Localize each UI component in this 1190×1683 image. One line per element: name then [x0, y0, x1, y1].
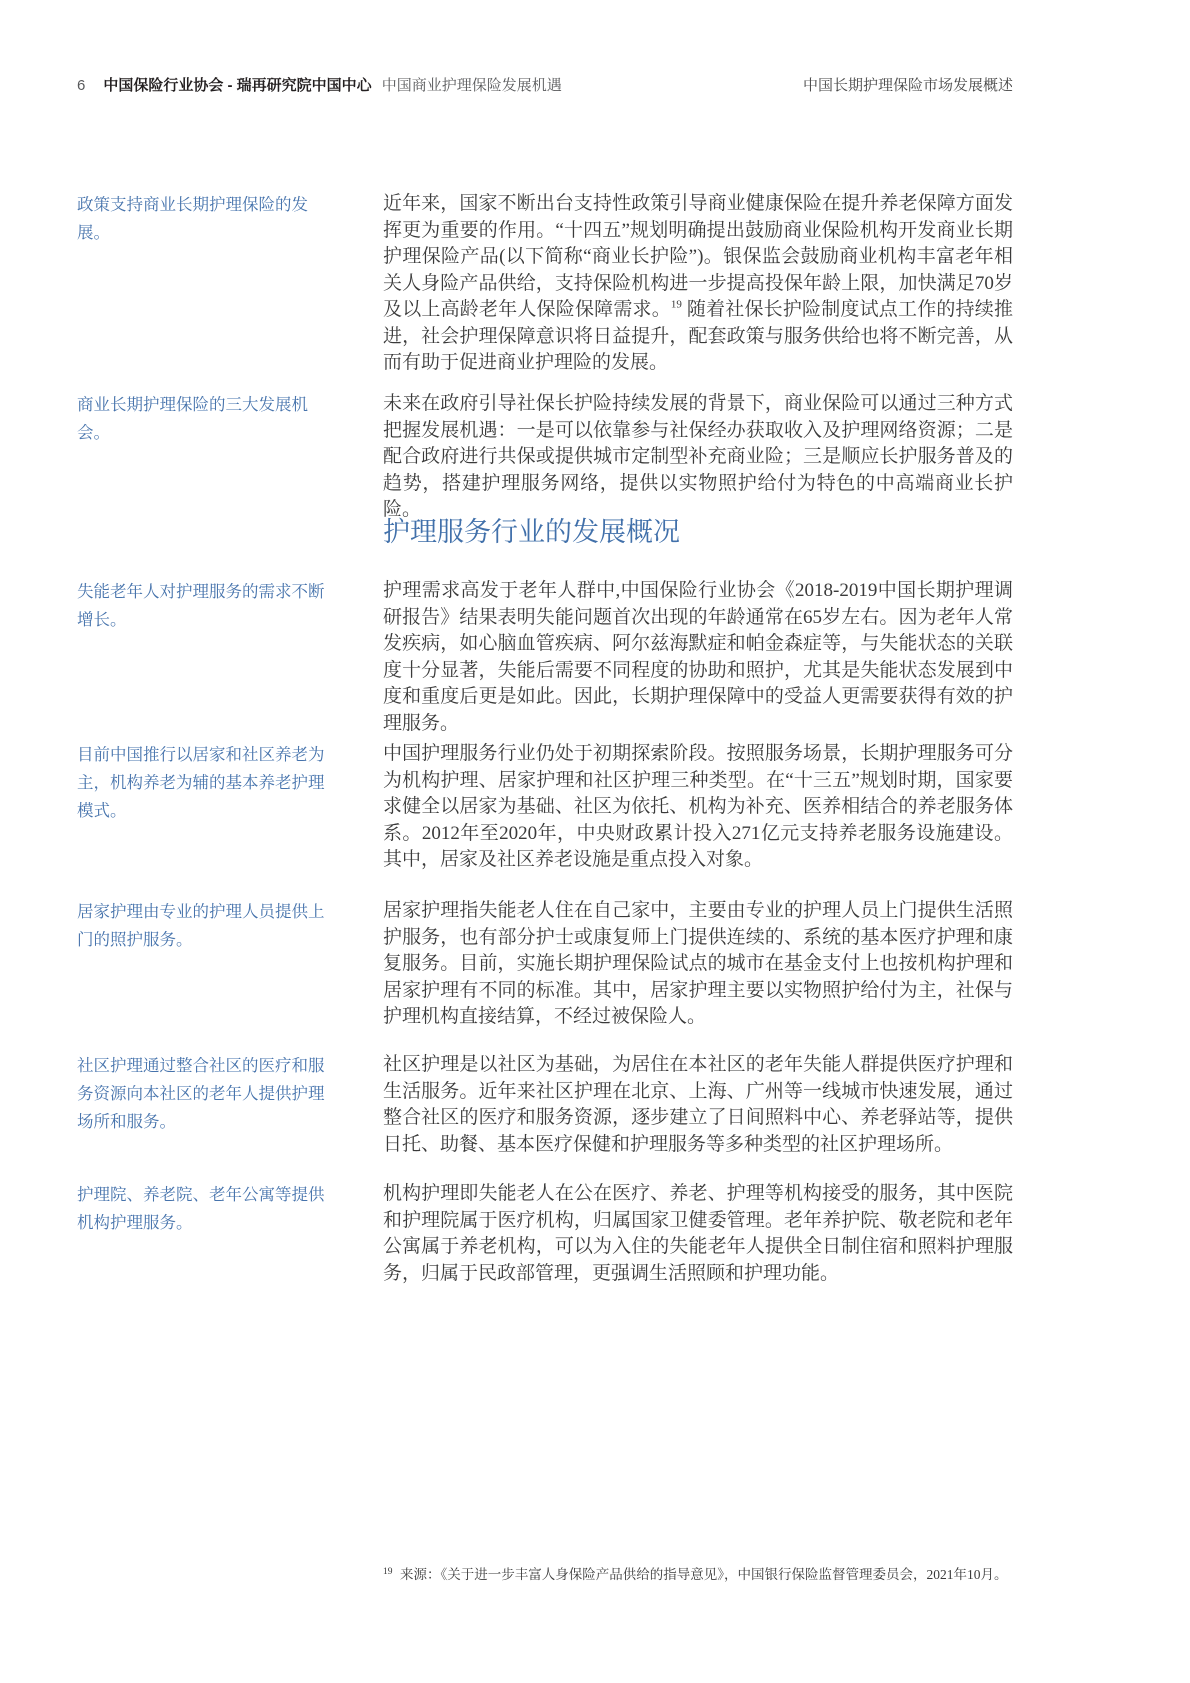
- chapter-title: 中国长期护理保险市场发展概述: [803, 77, 1013, 96]
- content-block-care-model: 目前中国推行以居家和社区养老为主，机构养老为辅的基本养老护理模式。 中国护理服务…: [77, 741, 1013, 874]
- body-paragraph: 近年来，国家不断出台支持性政策引导商业健康保险在提升养老保障方面发挥更为重要的作…: [383, 191, 1013, 377]
- margin-note: 社区护理通过整合社区的医疗和服务资源向本社区的老年人提供护理场所和服务。: [77, 1052, 330, 1158]
- organization-title: 中国保险行业协会 - 瑞再研究院中国中心: [103, 76, 371, 95]
- body-paragraph: 中国护理服务行业仍处于初期探索阶段。按照服务场景，长期护理服务可分为机构护理、居…: [383, 741, 1013, 874]
- margin-note: 失能老年人对护理服务的需求不断增长。: [77, 578, 330, 737]
- document-page: 6 中国保险行业协会 - 瑞再研究院中国中心 中国商业护理保险发展机遇 中国长期…: [0, 0, 1190, 1683]
- footnote: 19 来源：《关于进一步丰富人身保险产品供给的指导意见》，中国银行保险监督管理委…: [383, 1564, 1013, 1585]
- margin-note: 护理院、养老院、老年公寓等提供机构护理服务。: [77, 1181, 330, 1287]
- content-block-three-opportunities: 商业长期护理保险的三大发展机会。 未来在政府引导社保长护险持续发展的背景下，商业…: [77, 391, 1013, 524]
- section-heading: 护理服务行业的发展概况: [383, 515, 1013, 549]
- content-block-home-care: 居家护理由专业的护理人员提供上门的照护服务。 居家护理指失能老人住在自己家中，主…: [77, 898, 1013, 1031]
- content-block-institutional-care: 护理院、养老院、老年公寓等提供机构护理服务。 机构护理即失能老人在公在医疗、养老…: [77, 1181, 1013, 1287]
- page-header: 6 中国保险行业协会 - 瑞再研究院中国中心 中国商业护理保险发展机遇 中国长期…: [77, 76, 1013, 96]
- margin-note: 目前中国推行以居家和社区养老为主，机构养老为辅的基本养老护理模式。: [77, 741, 330, 874]
- body-paragraph: 护理需求高发于老年人群中,中国保险行业协会《2018-2019中国长期护理调研报…: [383, 578, 1013, 737]
- footnote-marker: 19: [383, 1564, 400, 1585]
- body-paragraph: 社区护理是以社区为基础，为居住在本社区的老年失能人群提供医疗护理和生活服务。近年…: [383, 1052, 1013, 1158]
- document-title: 中国商业护理保险发展机遇: [382, 76, 562, 95]
- margin-note: 商业长期护理保险的三大发展机会。: [77, 391, 330, 524]
- content-block-community-care: 社区护理通过整合社区的医疗和服务资源向本社区的老年人提供护理场所和服务。 社区护…: [77, 1052, 1013, 1158]
- page-number: 6: [77, 76, 85, 95]
- content-block-policy-support: 政策支持商业长期护理保险的发展。 近年来，国家不断出台支持性政策引导商业健康保险…: [77, 191, 1013, 377]
- footnote-reference: 19: [671, 299, 682, 311]
- body-paragraph: 机构护理即失能老人在公在医疗、养老、护理等机构接受的服务，其中医院和护理院属于医…: [383, 1181, 1013, 1287]
- footnote-text: 来源：《关于进一步丰富人身保险产品供给的指导意见》，中国银行保险监督管理委员会，…: [400, 1564, 1013, 1585]
- body-paragraph: 居家护理指失能老人住在自己家中，主要由专业的护理人员上门提供生活照护服务，也有部…: [383, 898, 1013, 1031]
- margin-note: 居家护理由专业的护理人员提供上门的照护服务。: [77, 898, 330, 1031]
- body-paragraph: 未来在政府引导社保长护险持续发展的背景下，商业保险可以通过三种方式把握发展机遇：…: [383, 391, 1013, 524]
- margin-note: 政策支持商业长期护理保险的发展。: [77, 191, 330, 377]
- content-block-care-demand: 失能老年人对护理服务的需求不断增长。 护理需求高发于老年人群中,中国保险行业协会…: [77, 578, 1013, 737]
